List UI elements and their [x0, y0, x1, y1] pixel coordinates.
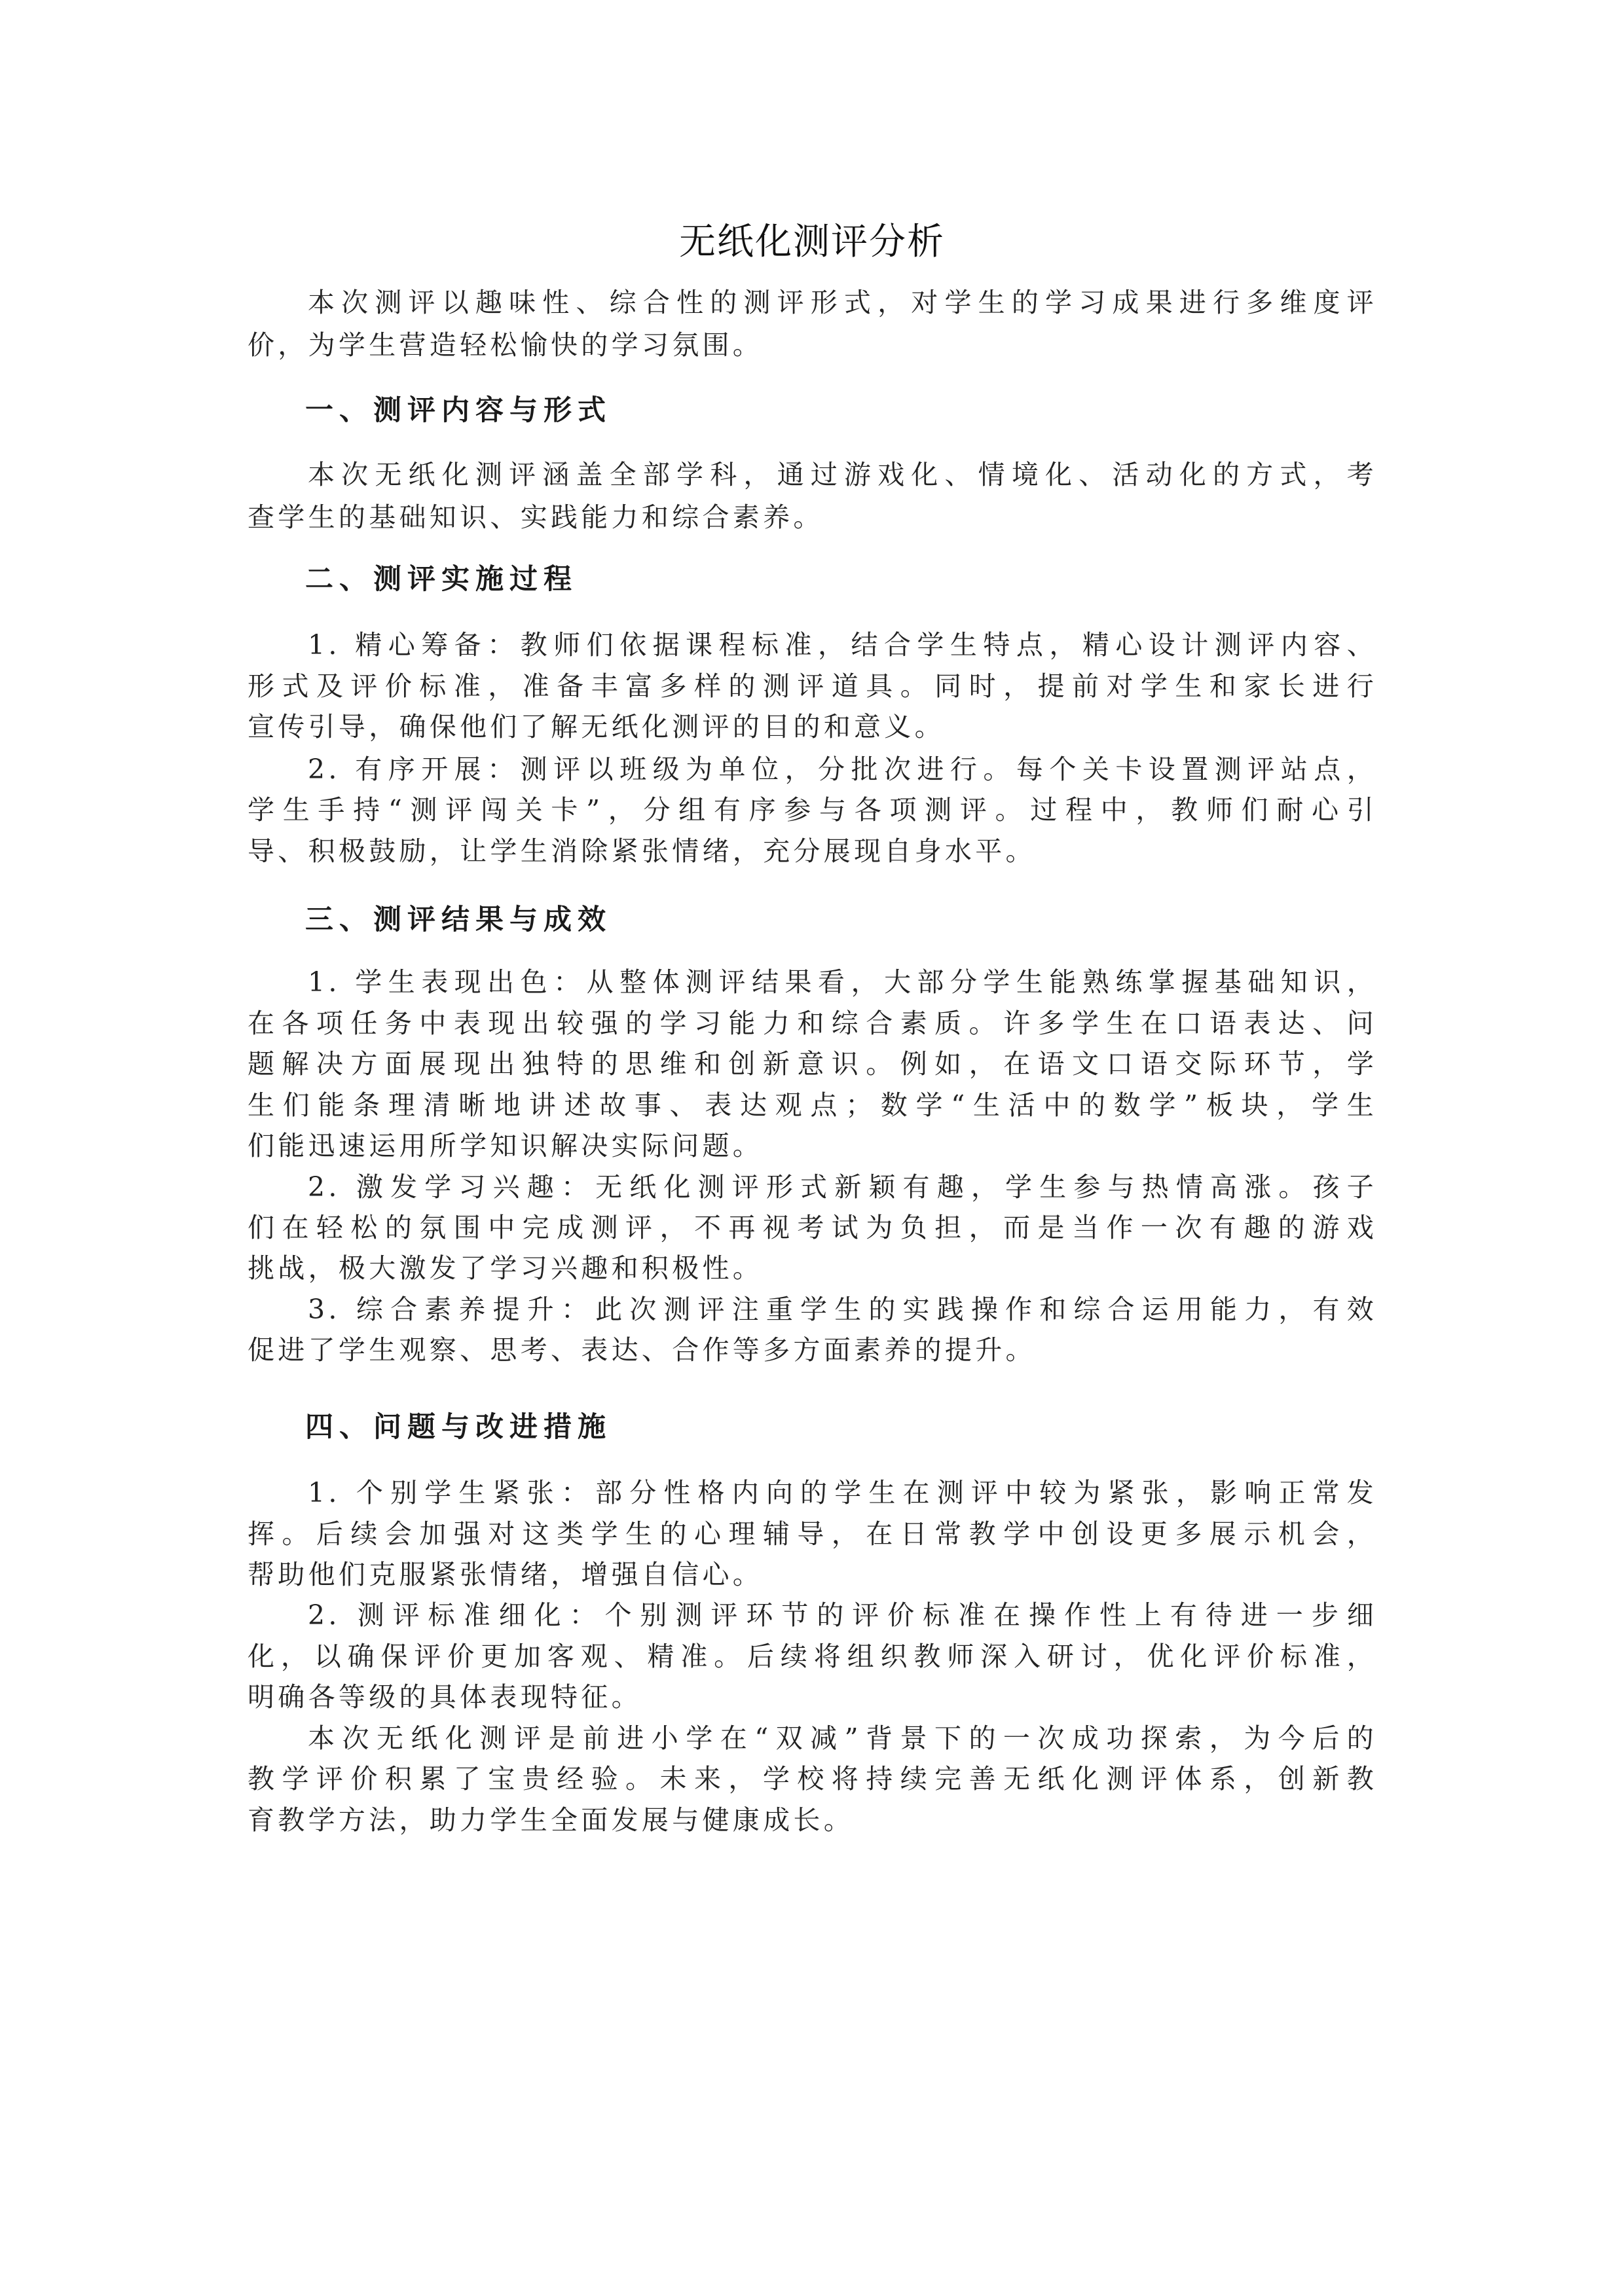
section-heading: 四、问题与改进措施 — [305, 1406, 612, 1448]
intro-line: 本次测评以趣味性、综合性的测评形式，对学生的学习成果进行多维度评 — [308, 282, 1377, 323]
paragraph-line: 挑战，极大激发了学习兴趣和积极性。 — [248, 1248, 1377, 1288]
paragraph-line: 形式及评价标准，准备丰富多样的测评道具。同时，提前对学生和家长进行 — [248, 666, 1377, 706]
paragraph-line: 本次无纸化测评是前进小学在“双减”背景下的一次成功探索，为今后的 — [308, 1718, 1377, 1758]
paragraph-line: 宣传引导，确保他们了解无纸化测评的目的和意义。 — [248, 706, 1377, 747]
paragraph-line: 查学生的基础知识、实践能力和综合素养。 — [248, 497, 1377, 538]
paragraph-line: 育教学方法，助力学生全面发展与健康成长。 — [248, 1800, 1377, 1840]
document-page: 无纸化测评分析 本次测评以趣味性、综合性的测评形式，对学生的学习成果进行多维度评… — [0, 0, 1624, 2296]
section-heading: 三、测评结果与成效 — [305, 899, 612, 941]
paragraph-line: 3. 综合素养提升：此次测评注重学生的实践操作和综合运用能力，有效 — [308, 1289, 1377, 1330]
paragraph-line: 们在轻松的氛围中完成测评，不再视考试为负担，而是当作一次有趣的游戏 — [248, 1207, 1377, 1248]
paragraph-line: 明确各等级的具体表现特征。 — [248, 1677, 1377, 1717]
paragraph-line: 1. 学生表现出色：从整体测评结果看，大部分学生能熟练掌握基础知识， — [308, 962, 1377, 1002]
paragraph-line: 本次无纸化测评涵盖全部学科，通过游戏化、情境化、活动化的方式，考 — [308, 454, 1377, 495]
document-title: 无纸化测评分析 — [0, 217, 1624, 267]
paragraph-line: 2. 测评标准细化：个别测评环节的评价标准在操作性上有待进一步细 — [308, 1595, 1377, 1635]
paragraph-line: 题解决方面展现出独特的思维和创新意识。例如，在语文口语交际环节，学 — [248, 1044, 1377, 1084]
paragraph-line: 们能迅速运用所学知识解决实际问题。 — [248, 1125, 1377, 1166]
paragraph-line: 教学评价积累了宝贵经验。未来，学校将持续完善无纸化测评体系，创新教 — [248, 1758, 1377, 1799]
section-heading: 一、测评内容与形式 — [305, 390, 612, 431]
paragraph-line: 在各项任务中表现出较强的学习能力和综合素质。许多学生在口语表达、问 — [248, 1003, 1377, 1044]
intro-line: 价，为学生营造轻松愉快的学习氛围。 — [248, 325, 1377, 365]
paragraph-line: 2. 激发学习兴趣：无纸化测评形式新颖有趣，学生参与热情高涨。孩子 — [308, 1167, 1377, 1207]
paragraph-line: 帮助他们克服紧张情绪，增强自信心。 — [248, 1554, 1377, 1595]
paragraph-line: 挥。后续会加强对这类学生的心理辅导，在日常教学中创设更多展示机会， — [248, 1514, 1377, 1554]
paragraph-line: 2. 有序开展：测评以班级为单位，分批次进行。每个关卡设置测评站点， — [308, 749, 1377, 790]
section-heading: 二、测评实施过程 — [305, 558, 578, 600]
paragraph-line: 化，以确保评价更加客观、精准。后续将组织教师深入研讨，优化评价标准， — [248, 1636, 1377, 1677]
paragraph-line: 1. 个别学生紧张：部分性格内向的学生在测评中较为紧张，影响正常发 — [308, 1472, 1377, 1513]
paragraph-line: 生们能条理清晰地讲述故事、表达观点；数学“生活中的数学”板块，学生 — [248, 1085, 1377, 1125]
paragraph-line: 学生手持“测评闯关卡”，分组有序参与各项测评。过程中，教师们耐心引 — [248, 790, 1377, 830]
paragraph-line: 促进了学生观察、思考、表达、合作等多方面素养的提升。 — [248, 1330, 1377, 1370]
paragraph-line: 1. 精心筹备：教师们依据课程标准，结合学生特点，精心设计测评内容、 — [308, 625, 1377, 665]
paragraph-line: 导、积极鼓励，让学生消除紧张情绪，充分展现自身水平。 — [248, 831, 1377, 871]
